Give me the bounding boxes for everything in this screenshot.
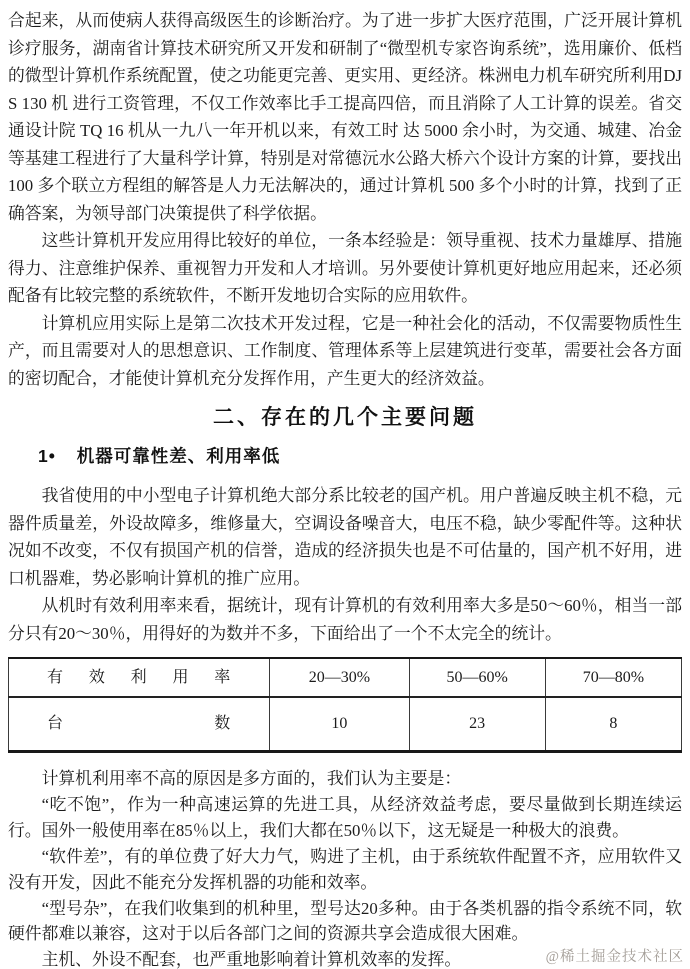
table-data-cell: 23 [409, 697, 545, 752]
table-data-cell-label: 台数 [9, 697, 270, 752]
analysis-section: 计算机利用率不高的原因是多方面的，我们认为主要是： “吃不饱”，作为一种高速运算… [8, 766, 682, 969]
subsection-heading: 1• 机器可靠性差、利用率低 [8, 444, 682, 469]
body-paragraph: 这些计算机开发应用得比较好的单位，一条本经验是：领导重视、技术力量雄厚、措施得力… [8, 227, 682, 310]
table-header-cell: 50—60% [409, 658, 545, 697]
table-header-cell-label: 有效利用率 [9, 658, 270, 697]
table-header-cell: 70—80% [545, 658, 681, 697]
table-data-row: 台数 10 23 8 [9, 697, 682, 752]
subsection-number: 1• [38, 446, 56, 466]
body-paragraph: 计算机利用率不高的原因是多方面的，我们认为主要是： [8, 766, 682, 792]
body-paragraph: 从机时有效利用率来看，据统计，现有计算机的有效利用率大多是50～60％，相当一部… [8, 592, 682, 647]
table-data-cell: 10 [270, 697, 409, 752]
table-header-cell: 20—30% [270, 658, 409, 697]
body-paragraph: 合起来，从而使病人获得高级医生的诊断治疗。为了进一步扩大医疗范围，广泛开展计算机… [8, 7, 682, 227]
body-paragraph: 计算机应用实际上是第二次技术开发过程，它是一种社会化的活动，不仅需要物质性生产，… [8, 310, 682, 393]
table-data-cell: 8 [545, 697, 681, 752]
body-paragraph: “吃不饱”，作为一种高速运算的先进工具，从经济效益考虑，要尽量做到长期连续运行。… [8, 792, 682, 844]
table-header-row: 有效利用率 20—30% 50—60% 70—80% [9, 658, 682, 697]
scanned-document-page: 合起来，从而使病人获得高级医生的诊断治疗。为了进一步扩大医疗范围，广泛开展计算机… [0, 0, 690, 969]
body-paragraph: “软件差”，有的单位费了好大力气，购进了主机，由于系统软件配置不齐，应用软件又没… [8, 844, 682, 896]
utilization-table: 有效利用率 20—30% 50—60% 70—80% 台数 10 23 8 [8, 657, 682, 753]
subsection-title: 机器可靠性差、利用率低 [77, 446, 281, 466]
body-paragraph: 我省使用的中小型电子计算机绝大部分系比较老的国产机。用户普遍反映主机不稳，元器件… [8, 482, 682, 592]
watermark: @稀土掘金技术社区 [546, 948, 684, 966]
section-heading: 二、存在的几个主要问题 [8, 403, 682, 432]
body-paragraph: “型号杂”，在我们收集到的机种里，型号达20多种。由于各类机器的指令系统不同，软… [8, 896, 682, 948]
